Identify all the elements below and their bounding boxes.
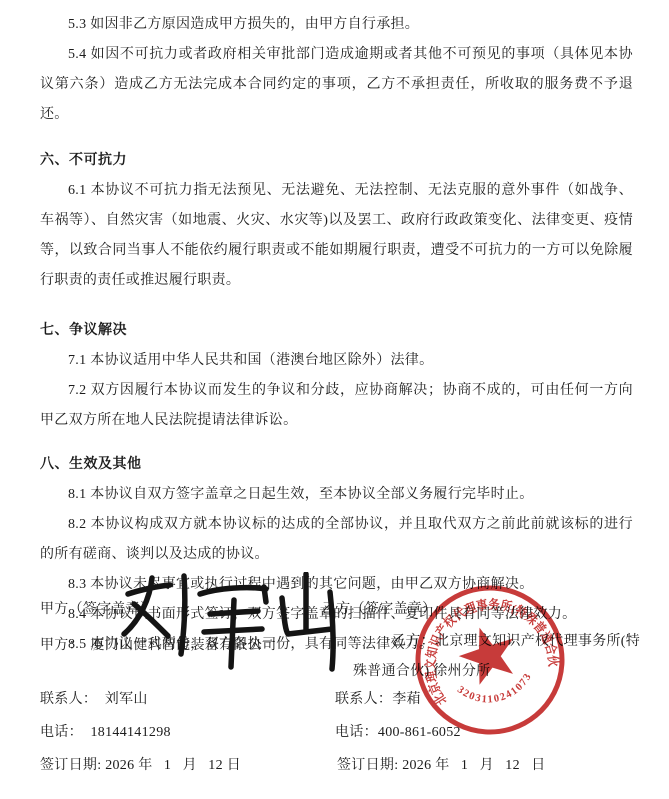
contract-page: 5.3 如因非乙方原因造成甲方损失的，由甲方自行承担。 5.4 如因不可抗力或者… bbox=[0, 0, 669, 799]
party-a-sign-date: 签订日期: 2026 年 1 月 12 日 bbox=[40, 754, 241, 774]
party-a-phone: 电话： 18144141298 bbox=[40, 721, 171, 741]
clause-7-1: 7.1 本协议适用中华人民共和国（港澳台地区除外）法律。 bbox=[40, 346, 633, 376]
handwritten-signature-strokes bbox=[118, 572, 338, 674]
party-b-sign-date: 签订日期: 2026 年 1 月 12 日 bbox=[337, 754, 546, 774]
clause-6-1: 6.1 本协议不可抗力指无法预见、无法避免、无法控制、无法克服的意外事件（如战争… bbox=[40, 176, 633, 296]
seal-serial-number: 3203110241073 bbox=[453, 662, 539, 716]
svg-text:3203110241073: 3203110241073 bbox=[453, 662, 539, 716]
clause-5-3: 5.3 如因非乙方原因造成甲方损失的，由甲方自行承担。 bbox=[40, 10, 633, 40]
contract-clauses: 5.3 如因非乙方原因造成甲方损失的，由甲方自行承担。 5.4 如因不可抗力或者… bbox=[0, 0, 669, 660]
clause-8-2: 8.2 本协议构成双方就本协议标的达成的全部协议，并且取代双方之前此前就该标的进… bbox=[40, 510, 633, 570]
clause-7-2: 7.2 双方因履行本协议而发生的争议和分歧，应协商解决；协商不成的，可由任何一方… bbox=[40, 376, 633, 436]
clause-8-1: 8.1 本协议自双方签字盖章之日起生效，至本协议全部义务履行完毕时止。 bbox=[40, 480, 633, 510]
section-heading-force-majeure: 六、不可抗力 bbox=[40, 146, 633, 176]
section-heading-dispute-resolution: 七、争议解决 bbox=[40, 316, 633, 346]
handwritten-signature: 刘军山 bbox=[118, 572, 338, 674]
company-seal-svg: 北京理文知识产权代理事务所(特殊普通合伙)徐州分所 3203110241073 bbox=[412, 582, 568, 738]
company-seal-stamp: 北京理文知识产权代理事务所(特殊普通合伙)徐州分所 3203110241073 bbox=[412, 582, 568, 738]
party-a-contact: 联系人： 刘军山 bbox=[40, 688, 148, 708]
star-icon bbox=[452, 619, 523, 688]
clause-5-4: 5.4 如因不可抗力或者政府相关审批部门造成逾期或者其他不可预见的事项（具体见本… bbox=[40, 40, 633, 130]
section-heading-effectiveness: 八、生效及其他 bbox=[40, 450, 633, 480]
party-b-contact: 联系人：李葙 bbox=[335, 688, 421, 708]
